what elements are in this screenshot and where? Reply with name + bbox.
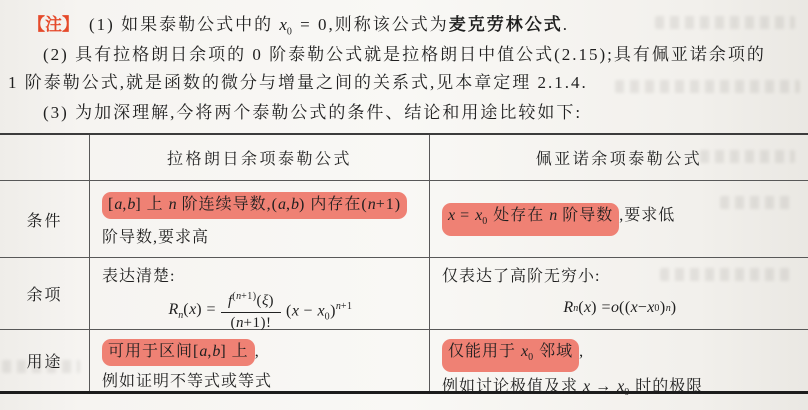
highlighted-text: 可用于区间[a,b] 上: [102, 339, 255, 366]
note-item-1: 【注】(1) 如果泰勒公式中的 x0 = 0,则称该公式为麦克劳林公式.: [28, 15, 569, 42]
condition-lagrange-line-2: 阶导数,要求高: [102, 221, 419, 254]
remainder-lagrange-cell: 表达清楚: Rn(x) = f(n+1)(ξ) (n+1)! (x − x0)n…: [90, 258, 430, 330]
book-page: 【注】(1) 如果泰勒公式中的 x0 = 0,则称该公式为麦克劳林公式. (2)…: [0, 0, 808, 410]
row-label-usage: 用途: [0, 330, 90, 391]
usage-lagrange-line-2: 例如证明不等式或等式: [102, 367, 419, 397]
remainder-lagrange-intro: 表达清楚:: [102, 264, 419, 290]
formula-tail: (x − x0)n+1: [286, 301, 353, 323]
page-bleed-artifact: [615, 80, 800, 93]
note-item-3: (3) 为加深理解,今将两个泰勒公式的条件、结论和用途比较如下:: [43, 103, 582, 123]
note-item-2-line-2: 1 阶泰勒公式,就是函数的微分与增量之间的关系式,见本章定理 2.1.4.: [8, 73, 588, 93]
row-label-remainder: 余项: [0, 258, 90, 330]
highlighted-text: 仅能用于 x0 邻域: [442, 339, 579, 372]
condition-peano-cell: x = x0 处存在 n 阶导数,要求低: [430, 181, 808, 258]
header-peano-column: 佩亚诺余项泰勒公式: [430, 135, 808, 181]
remainder-peano-cell: 仅表达了高阶无穷小: Rn(x) = o((x − x0)n): [430, 258, 808, 330]
fraction: f(n+1)(ξ) (n+1)!: [221, 291, 281, 332]
usage-peano-line-2: 例如讨论极值及求 x → x0 时的极限: [442, 372, 798, 408]
row-label-condition: 条件: [0, 181, 90, 258]
usage-lagrange-comma: ,: [255, 343, 260, 360]
highlighted-text: x = x0 处存在 n 阶导数: [442, 203, 619, 236]
note-item-1-text: (1) 如果泰勒公式中的 x0 = 0,则称该公式为麦克劳林公式.: [89, 15, 569, 34]
usage-peano-line-1: 仅能用于 x0 邻域,: [442, 337, 798, 372]
usage-lagrange-line-1: 可用于区间[a,b] 上,: [102, 337, 419, 367]
usage-peano-cell: 仅能用于 x0 邻域, 例如讨论极值及求 x → x0 时的极限: [430, 330, 808, 391]
header-corner-cell: [0, 135, 90, 181]
condition-peano-rest: ,要求低: [619, 207, 675, 224]
usage-lagrange-cell: 可用于区间[a,b] 上, 例如证明不等式或等式: [90, 330, 430, 391]
fraction-numerator: f(n+1)(ξ): [221, 291, 281, 313]
page-bleed-artifact: [655, 16, 795, 29]
note-item-2-line-1: (2) 具有拉格朗日余项的 0 阶泰勒公式就是拉格朗日中值公式(2.15);具有…: [43, 45, 766, 65]
formula-lhs: Rn(x) =: [168, 301, 216, 321]
condition-lagrange-line-1: [a,b] 上 n 阶连续导数,(a,b) 内存在(n+1): [102, 188, 419, 221]
condition-peano-line: x = x0 处存在 n 阶导数,要求低: [442, 202, 675, 236]
condition-lagrange-cell: [a,b] 上 n 阶连续导数,(a,b) 内存在(n+1) 阶导数,要求高: [90, 181, 430, 258]
comparison-table: 拉格朗日余项泰勒公式 佩亚诺余项泰勒公式 条件 [a,b] 上 n 阶连续导数,…: [0, 133, 808, 394]
header-lagrange-column: 拉格朗日余项泰勒公式: [90, 135, 430, 181]
lagrange-remainder-formula: Rn(x) = f(n+1)(ξ) (n+1)! (x − x0)n+1: [102, 291, 419, 332]
note-marker: 【注】: [28, 15, 79, 34]
highlighted-text: [a,b] 上 n 阶连续导数,(a,b) 内存在(n+1): [102, 192, 407, 219]
peano-remainder-formula: Rn(x) = o((x − x0)n): [442, 299, 798, 317]
usage-peano-comma: ,: [579, 343, 584, 360]
remainder-peano-intro: 仅表达了高阶无穷小:: [442, 264, 798, 290]
